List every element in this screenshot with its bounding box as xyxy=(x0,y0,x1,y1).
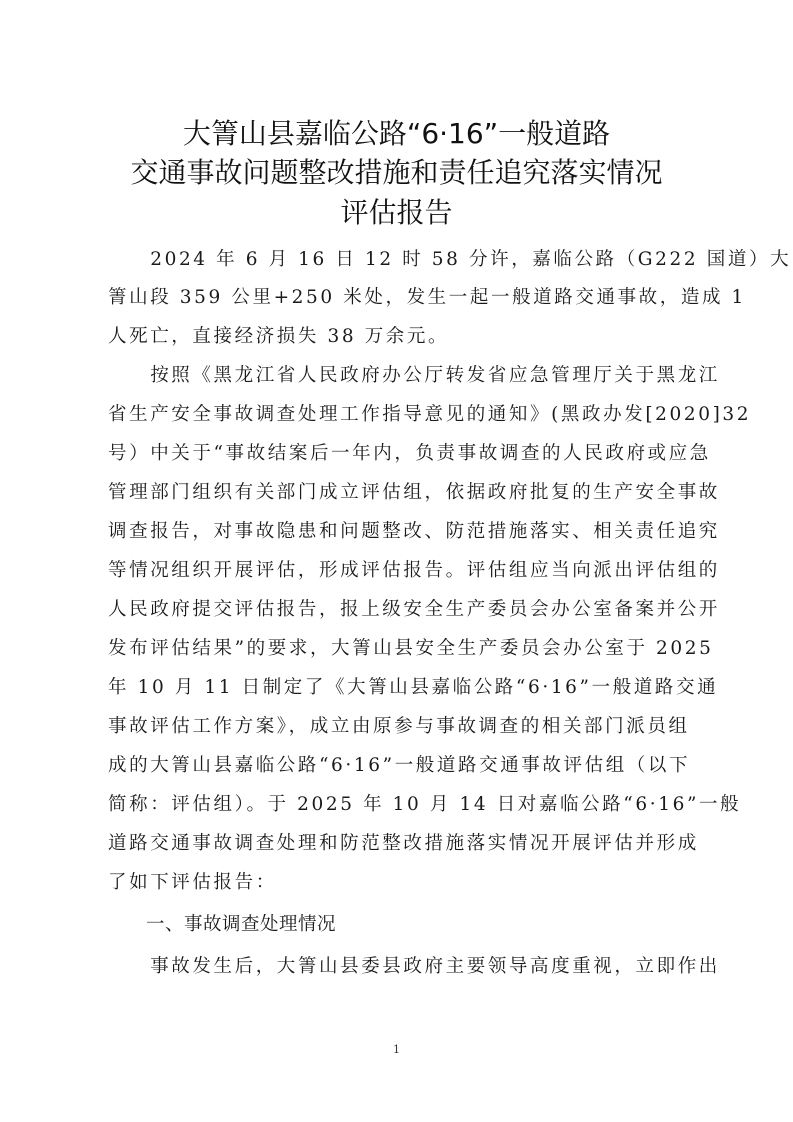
body-line: 人民政府提交评估报告，报上级安全生产委员会办公室备案并公开 xyxy=(108,598,708,622)
body-line: 调查报告，对事故隐患和问题整改、防范措施落实、相关责任追究 xyxy=(108,520,708,544)
report-title-line-3: 评估报告 xyxy=(0,193,793,233)
body-line: 等情况组织开展评估，形成评估报告。评估组应当向派出评估组的 xyxy=(108,559,708,583)
body-line: 道路交通事故调查处理和防范整改措施落实情况开展评估并形成 xyxy=(108,832,708,856)
body-line: 简称：评估组）。于 2025 年 10 月 14 日对嘉临公路“6·16”一般 xyxy=(108,793,708,817)
body-line: 年 10 月 11 日制定了《大箐山县嘉临公路“6·16”一般道路交通 xyxy=(108,676,708,700)
report-title-line-1: 大箐山县嘉临公路“6·16”一般道路 xyxy=(0,114,793,154)
body-line: 按照《黑龙江省人民政府办公厅转发省应急管理厅关于黑龙江 xyxy=(108,364,708,388)
body-line: 箐山段 359 公里+250 米处，发生一起一般道路交通事故，造成 1 xyxy=(108,286,708,310)
body-line: 人死亡，直接经济损失 38 万余元。 xyxy=(108,325,708,349)
body-line: 号）中关于“事故结案后一年内，负责事故调查的人民政府或应急 xyxy=(108,442,708,466)
page-number: 1 xyxy=(0,1043,793,1056)
body-line: 事故发生后，大箐山县委县政府主要领导高度重视，立即作出 xyxy=(108,955,708,979)
body-line: 发布评估结果”的要求，大箐山县安全生产委员会办公室于 2025 xyxy=(108,637,708,661)
document-page: 大箐山县嘉临公路“6·16”一般道路 交通事故问题整改措施和责任追究落实情况 评… xyxy=(0,0,793,1122)
body-line: 事故评估工作方案》，成立由原参与事故调查的相关部门派员组 xyxy=(108,715,708,739)
section-heading: 一、事故调查处理情况 xyxy=(108,913,708,937)
body-line: 了如下评估报告： xyxy=(108,871,708,895)
body-line: 成的大箐山县嘉临公路“6·16”一般道路交通事故评估组（以下 xyxy=(108,754,708,778)
body-line: 省生产安全事故调查处理工作指导意见的通知》(黑政办发[2020]32 xyxy=(108,403,708,427)
report-title-line-2: 交通事故问题整改措施和责任追究落实情况 xyxy=(0,153,793,193)
body-line: 2024 年 6 月 16 日 12 时 58 分许，嘉临公路（G222 国道）… xyxy=(108,248,708,272)
body-line: 管理部门组织有关部门成立评估组，依据政府批复的生产安全事故 xyxy=(108,481,708,505)
